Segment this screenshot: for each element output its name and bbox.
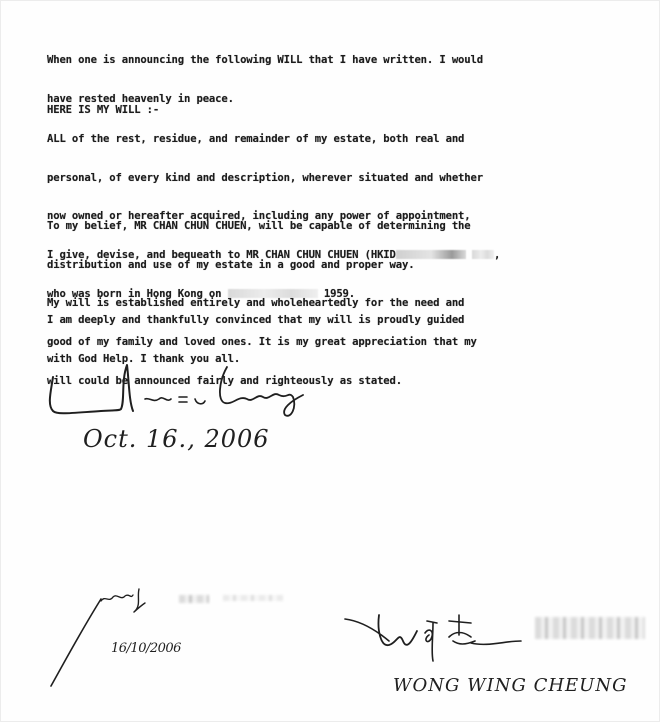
intro-line: When one is announcing the following WIL… bbox=[47, 54, 483, 67]
bequest-line: personal, of every kind and description,… bbox=[47, 172, 500, 185]
testator-date: Oct. 16., 2006 bbox=[83, 425, 270, 453]
witness-2-signature bbox=[337, 601, 557, 671]
bequest-line: ALL of the rest, residue, and remainder … bbox=[47, 133, 500, 146]
belief-line: distribution and use of my estate in a g… bbox=[47, 259, 477, 272]
redacted-witness-1-info bbox=[179, 595, 209, 603]
redacted-witness-1-info bbox=[223, 595, 283, 601]
redacted-witness-2-info bbox=[535, 617, 645, 639]
belief-line: To my belief, MR CHAN CHUN CHUEN, will b… bbox=[47, 220, 477, 233]
witness-1-signature bbox=[41, 581, 161, 691]
witness-1-date: 16/10/2006 bbox=[111, 641, 181, 656]
testator-signature bbox=[41, 361, 311, 421]
will-document-page: When one is announcing the following WIL… bbox=[0, 0, 660, 722]
closing-line: I am deeply and thankfully convinced tha… bbox=[47, 314, 464, 327]
witness-2-printed-name: WONG WING CHEUNG bbox=[393, 675, 627, 696]
